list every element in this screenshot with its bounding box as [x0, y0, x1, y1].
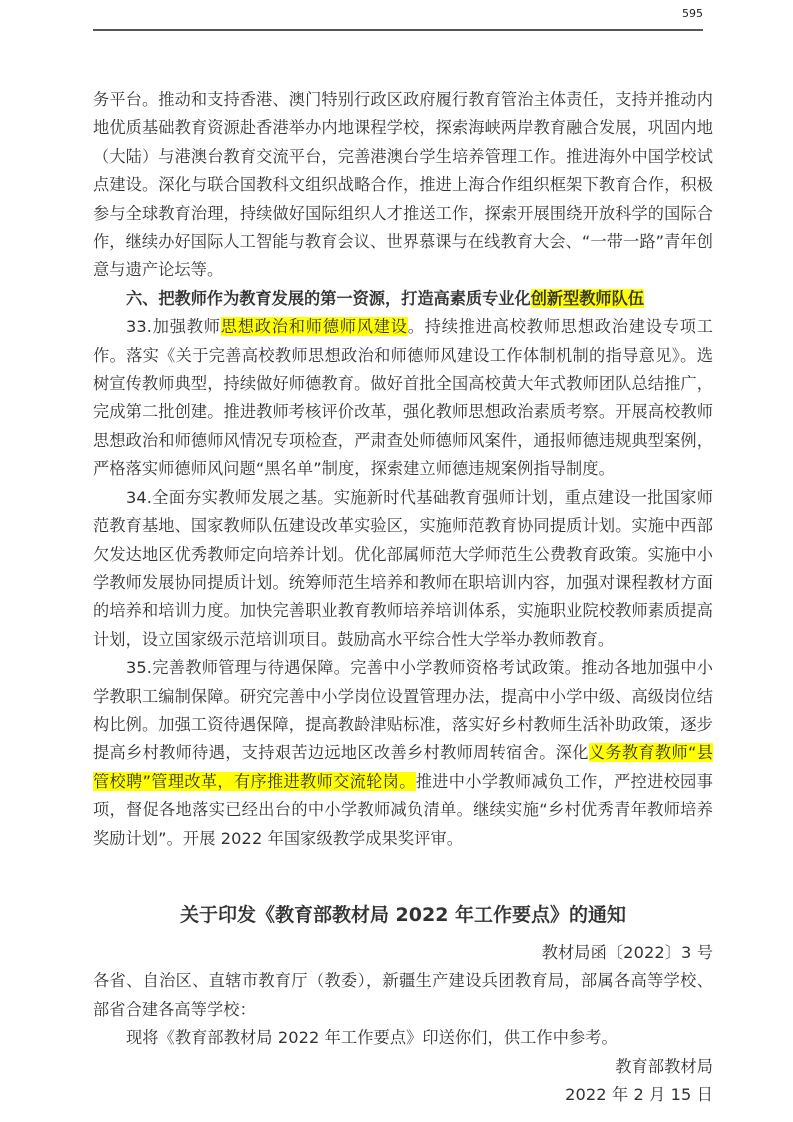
section-heading: 六、把教师作为教育发展的第一资源，打造高素质专业化创新型教师队伍	[93, 285, 713, 313]
item-33-rest: 。持续推进高校教师思想政治建设专项工作。落实《关于完善高校教师思想政治和师德师风…	[93, 317, 713, 478]
section-heading-text: 六、把教师作为教育发展的第一资源，打造高素质专业化	[126, 289, 531, 308]
notice-body: 现将《教育部教材局 2022 年工作要点》印送你们，供工作中参考。	[93, 1024, 713, 1052]
item-33-highlight: 思想政治和师德师风建设	[221, 317, 408, 336]
notice-doc-number: 教材局函〔2022〕3 号	[93, 939, 713, 967]
page-number: 595	[682, 7, 703, 20]
item-34-paragraph: 34.全面夯实教师发展之基。实施新时代基础教育强师计划，重点建设一批国家师范教育…	[93, 484, 713, 654]
document-content: 务平台。推动和支持香港、澳门特别行政区政府履行教育管治主体责任，支持并推动内地优…	[93, 86, 713, 1109]
notice-issuer: 教育部教材局	[93, 1053, 713, 1081]
notice-date: 2022 年 2 月 15 日	[93, 1081, 713, 1109]
intro-paragraph: 务平台。推动和支持香港、澳门特别行政区政府履行教育管治主体责任，支持并推动内地优…	[93, 86, 713, 285]
item-33-paragraph: 33.加强教师思想政治和师德师风建设。持续推进高校教师思想政治建设专项工作。落实…	[93, 313, 713, 483]
item-33-prefix: 33.加强教师	[126, 317, 221, 336]
section-heading-highlight: 创新型教师队伍	[531, 289, 644, 308]
header-rule	[93, 29, 703, 31]
notice-title: 关于印发《教育部教材局 2022 年工作要点》的通知	[93, 901, 713, 929]
item-35-paragraph: 35.完善教师管理与待遇保障。完善中小学教师资格考试政策。推动各地加强中小学教职…	[93, 654, 713, 853]
notice-recipients: 各省、自治区、直辖市教育厅（教委），新疆生产建设兵团教育局，部属各高等学校、部省…	[93, 967, 713, 1024]
